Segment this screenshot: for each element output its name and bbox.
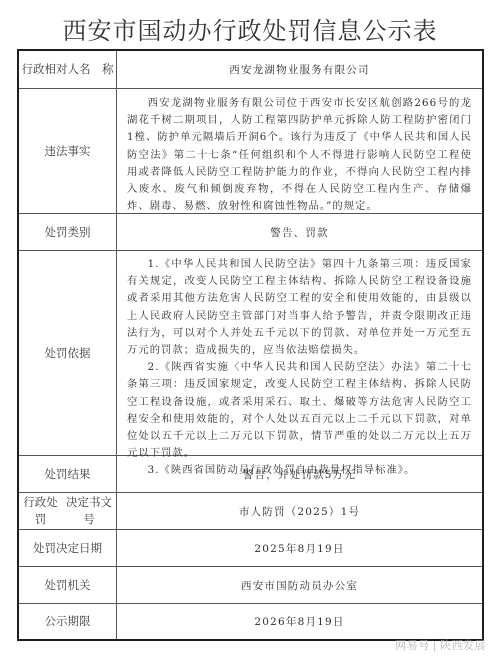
value-publicity-period: 2026年8月19日 (117, 604, 482, 639)
label-party-name: 行政相对人 名 称 (19, 51, 117, 88)
table-row-decision-date: 处罚决定日期 2025年8月19日 (19, 530, 482, 567)
label-line: 行政处罚 (19, 494, 62, 528)
page-title: 西安市国动办行政处罚信息公示表 (0, 16, 500, 46)
label-penalty-result: 处罚结果 (19, 456, 117, 492)
penalty-info-table: 行政相对人 名 称 西安龙湖物业服务有限公司 违法事实 西安龙湖物业服务有限公司… (17, 49, 484, 641)
basis-item-2: 2.《陕西省实施〈中华人民共和国人民防空法〉办法》第二十七条第三项：违反国家规定… (127, 359, 472, 462)
value-penalty-result: 警告，并处罚款5万元 (117, 456, 482, 492)
table-row-violation-facts: 违法事实 西安龙湖物业服务有限公司位于西安市长安区航创路266号的龙湖花千树二期… (19, 89, 482, 214)
violation-facts-text: 西安龙湖物业服务有限公司位于西安市长安区航创路266号的龙湖花千树二期项目，人防… (127, 95, 472, 215)
value-party-name: 西安龙湖物业服务有限公司 (117, 51, 482, 88)
label-penalty-type: 处罚类别 (19, 214, 117, 250)
label-publicity-period: 公示期限 (19, 604, 117, 639)
basis-item-1: 1.《中华人民共和国人民防空法》第四十九条第三项：违反国家有关规定，改变人民防空… (127, 256, 472, 359)
source-watermark: 网易号|陕西发展 (395, 637, 486, 653)
watermark-account: 陕西发展 (440, 639, 486, 652)
table-row-penalty-type: 处罚类别 警告、罚款 (19, 214, 482, 251)
label-decision-number: 行政处罚 决定书文号 (19, 493, 117, 529)
label-line: 名 称 (79, 61, 114, 78)
table-row-party-name: 行政相对人 名 称 西安龙湖物业服务有限公司 (19, 51, 482, 89)
label-violation-facts: 违法事实 (19, 89, 117, 213)
value-penalty-basis: 1.《中华人民共和国人民防空法》第四十九条第三项：违反国家有关规定，改变人民防空… (117, 251, 482, 455)
value-decision-number: 市人防罚（2025）1号 (117, 493, 482, 529)
label-penalty-authority: 处罚机关 (19, 567, 117, 603)
table-row-penalty-basis: 处罚依据 1.《中华人民共和国人民防空法》第四十九条第三项：违反国家有关规定，改… (19, 251, 482, 456)
label-decision-date: 处罚决定日期 (19, 530, 117, 566)
label-penalty-basis: 处罚依据 (19, 251, 117, 455)
value-penalty-authority: 西安市国防动员办公室 (117, 567, 482, 603)
watermark-platform: 网易号 (395, 639, 430, 652)
value-violation-facts: 西安龙湖物业服务有限公司位于西安市长安区航创路266号的龙湖花千树二期项目，人防… (117, 89, 482, 213)
watermark-divider: | (433, 639, 437, 652)
label-line: 决定书文号 (62, 494, 116, 528)
value-decision-date: 2025年8月19日 (117, 530, 482, 566)
table-row-publicity-period: 公示期限 2026年8月19日 (19, 604, 482, 639)
value-penalty-type: 警告、罚款 (117, 214, 482, 250)
table-row-penalty-authority: 处罚机关 西安市国防动员办公室 (19, 567, 482, 604)
table-row-decision-number: 行政处罚 决定书文号 市人防罚（2025）1号 (19, 493, 482, 530)
label-line: 行政相对人 (22, 61, 80, 78)
table-row-penalty-result: 处罚结果 警告，并处罚款5万元 (19, 456, 482, 493)
